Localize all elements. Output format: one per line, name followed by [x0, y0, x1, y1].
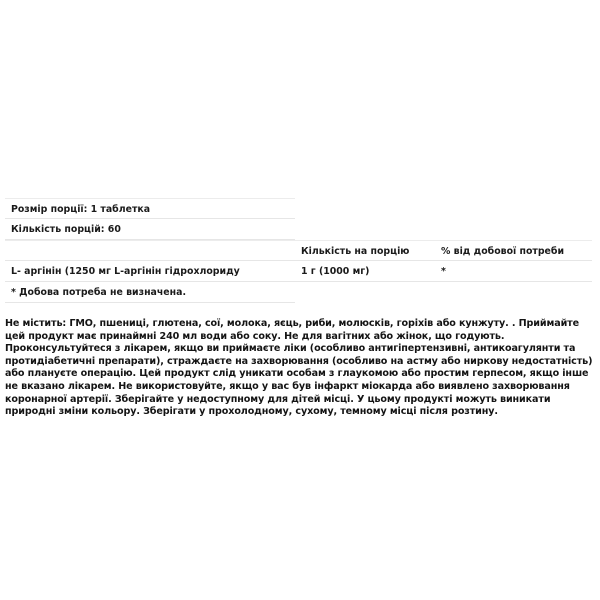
supplement-facts-table: Розмір порції: 1 таблетка Кількість порц…: [5, 198, 595, 303]
ingredient-daily-value: *: [437, 261, 592, 281]
servings-per-container: Кількість порцій: 60: [5, 219, 295, 240]
table-row: L- аргінін (1250 мг L-аргінін гідрохлори…: [5, 261, 592, 282]
warning-paragraph: Не містить: ГМО, пшениці, глютена, сої, …: [5, 318, 597, 419]
daily-value-footnote: * Добова потреба не визначена.: [5, 282, 295, 303]
header-amount: Кількість на порцію: [297, 241, 437, 260]
header-daily-value: % від добової потреби: [437, 241, 592, 260]
ingredient-amount: 1 г (1000 мг): [297, 261, 437, 281]
header-ingredient: [5, 241, 297, 260]
table-header: Кількість на порцію % від добової потреб…: [5, 240, 592, 261]
serving-size: Розмір порції: 1 таблетка: [5, 198, 295, 219]
ingredient-name: L- аргінін (1250 мг L-аргінін гідрохлори…: [5, 261, 297, 281]
